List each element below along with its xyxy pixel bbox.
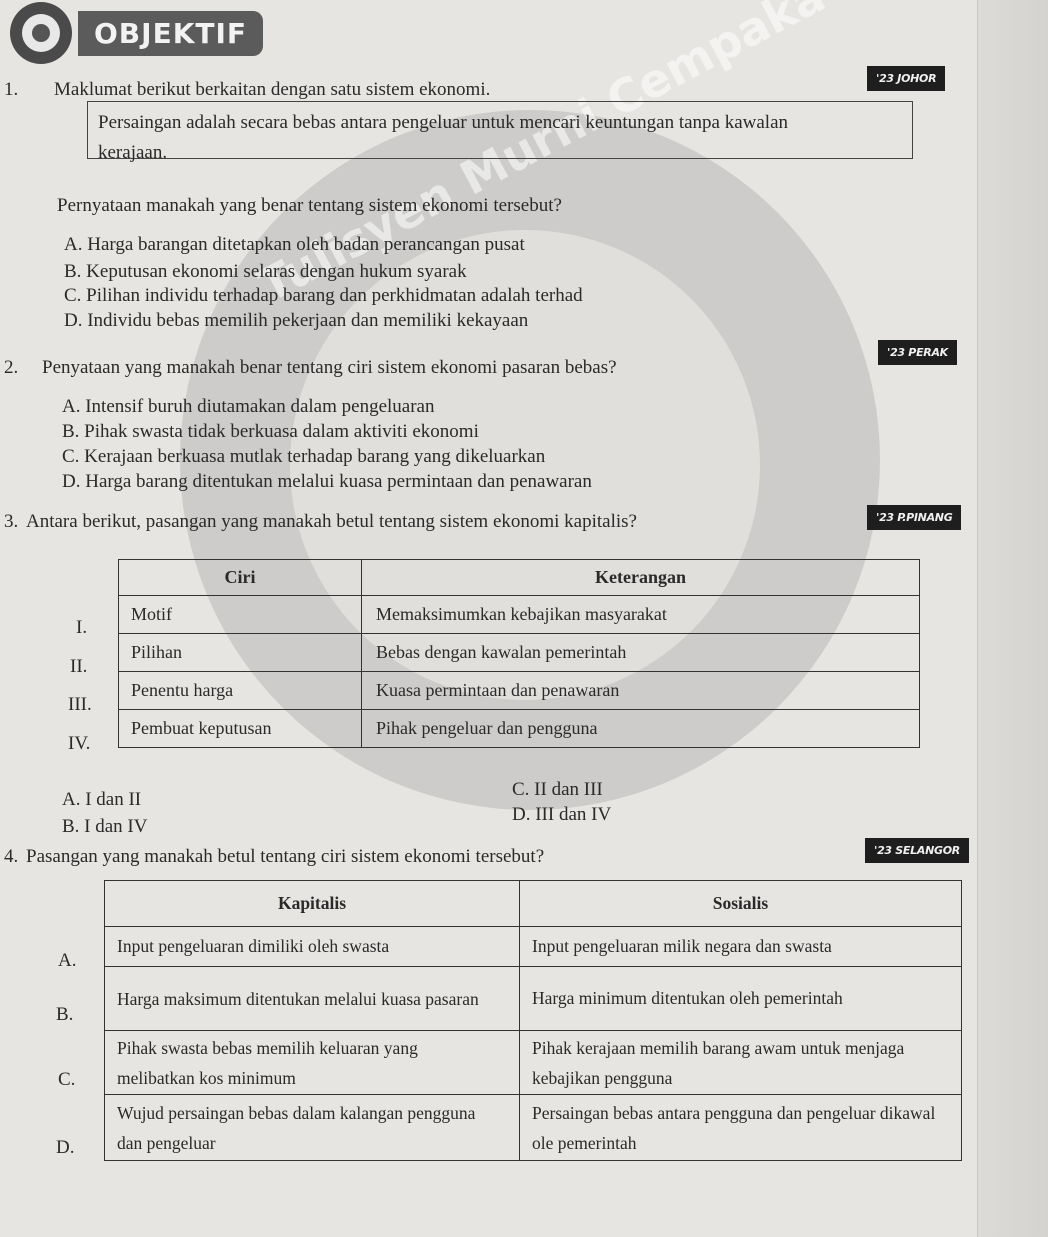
option-d[interactable]: D. III dan IV bbox=[512, 804, 611, 826]
cell-sosialis: Harga minimum ditentukan oleh pemerintah bbox=[520, 967, 962, 1031]
table-row: Penentu harga Kuasa permintaan dan penaw… bbox=[119, 672, 920, 710]
option-a[interactable]: A. Harga barangan ditetapkan oleh badan … bbox=[64, 234, 525, 256]
option-d[interactable]: D. Individu bebas memilih pekerjaan dan … bbox=[64, 310, 528, 332]
cell-keterangan: Bebas dengan kawalan pemerintah bbox=[362, 634, 920, 672]
cell-keterangan: Pihak pengeluar dan pengguna bbox=[362, 710, 920, 748]
question-stem: Antara berikut, pasangan yang manakah be… bbox=[26, 511, 637, 532]
table-row: Pihak swasta bebas memilih keluaran yang… bbox=[105, 1031, 962, 1095]
cell-kapitalis: Pihak swasta bebas memilih keluaran yang… bbox=[105, 1031, 520, 1095]
cell-ciri: Penentu harga bbox=[119, 672, 362, 710]
question-1: 1.Maklumat berikut berkaitan dengan satu… bbox=[4, 79, 490, 101]
q3-table: Ciri Keterangan Motif Memaksimumkan keba… bbox=[118, 559, 920, 748]
option-c[interactable]: C. II dan III bbox=[512, 779, 603, 801]
source-tag: '23 SELANGOR bbox=[865, 838, 969, 863]
paper-edge bbox=[977, 0, 1048, 1237]
table-header: Keterangan bbox=[362, 560, 920, 596]
cell-kapitalis: Wujud persaingan bebas dalam kalangan pe… bbox=[105, 1095, 520, 1161]
option-a[interactable]: A. I dan II bbox=[62, 789, 141, 811]
cell-sosialis: Pihak kerajaan memilih barang awam untuk… bbox=[520, 1031, 962, 1095]
question-stem: Pasangan yang manakah betul tentang ciri… bbox=[26, 846, 544, 867]
cell-sosialis: Input pengeluaran milik negara dan swast… bbox=[520, 927, 962, 967]
option-d[interactable]: D. Harga barang ditentukan melalui kuasa… bbox=[62, 471, 592, 493]
source-tag: '23 PERAK bbox=[878, 340, 957, 365]
table-header: Ciri bbox=[119, 560, 362, 596]
row-label: IV. bbox=[68, 733, 90, 755]
question-number: 3. bbox=[4, 511, 26, 533]
question-3: 3.Antara berikut, pasangan yang manakah … bbox=[4, 511, 637, 533]
question-stem: Penyataan yang manakah benar tentang cir… bbox=[42, 357, 617, 378]
ring-icon bbox=[10, 2, 72, 64]
option-b[interactable]: B. Keputusan ekonomi selaras dengan huku… bbox=[64, 261, 467, 283]
question-number: 4. bbox=[4, 846, 26, 868]
question-stem: Maklumat berikut berkaitan dengan satu s… bbox=[54, 79, 490, 100]
table-row: Input pengeluaran dimiliki oleh swasta I… bbox=[105, 927, 962, 967]
question-number: 1. bbox=[4, 79, 54, 101]
table-row: Harga maksimum ditentukan melalui kuasa … bbox=[105, 967, 962, 1031]
table-header: Sosialis bbox=[520, 881, 962, 927]
info-line: Persaingan adalah secara bebas antara pe… bbox=[98, 108, 912, 138]
section-header: OBJEKTIF bbox=[10, 2, 263, 64]
table-row: Motif Memaksimumkan kebajikan masyarakat bbox=[119, 596, 920, 634]
source-tag: '23 P.PINANG bbox=[867, 505, 961, 530]
cell-kapitalis: Input pengeluaran dimiliki oleh swasta bbox=[105, 927, 520, 967]
option-b[interactable]: B. I dan IV bbox=[62, 816, 147, 838]
question-4: 4.Pasangan yang manakah betul tentang ci… bbox=[4, 846, 544, 868]
q4-table: Kapitalis Sosialis Input pengeluaran dim… bbox=[104, 880, 962, 1161]
row-label: III. bbox=[68, 694, 92, 716]
cell-ciri: Motif bbox=[119, 596, 362, 634]
cell-ciri: Pilihan bbox=[119, 634, 362, 672]
option-a[interactable]: A. Intensif buruh diutamakan dalam penge… bbox=[62, 396, 435, 418]
question-number: 2. bbox=[4, 357, 42, 379]
option-c[interactable]: C. Pilihan individu terhadap barang dan … bbox=[64, 285, 583, 307]
cell-sosialis: Persaingan bebas antara pengguna dan pen… bbox=[520, 1095, 962, 1161]
cell-keterangan: Memaksimumkan kebajikan masyarakat bbox=[362, 596, 920, 634]
table-row: Wujud persaingan bebas dalam kalangan pe… bbox=[105, 1095, 962, 1161]
option-b[interactable]: B. Pihak swasta tidak berkuasa dalam akt… bbox=[62, 421, 479, 443]
question-prompt: Pernyataan manakah yang benar tentang si… bbox=[57, 195, 562, 217]
option-d[interactable]: D. bbox=[56, 1137, 74, 1159]
option-c[interactable]: C. bbox=[58, 1069, 75, 1091]
option-a[interactable]: A. bbox=[58, 950, 76, 972]
question-2: 2.Penyataan yang manakah benar tentang c… bbox=[4, 357, 617, 379]
cell-ciri: Pembuat keputusan bbox=[119, 710, 362, 748]
section-title: OBJEKTIF bbox=[78, 11, 263, 56]
option-b[interactable]: B. bbox=[56, 1004, 73, 1026]
table-row: Pembuat keputusan Pihak pengeluar dan pe… bbox=[119, 710, 920, 748]
cell-keterangan: Kuasa permintaan dan penawaran bbox=[362, 672, 920, 710]
source-tag: '23 JOHOR bbox=[867, 66, 945, 91]
table-header: Kapitalis bbox=[105, 881, 520, 927]
option-c[interactable]: C. Kerajaan berkuasa mutlak terhadap bar… bbox=[62, 446, 545, 468]
info-box: Persaingan adalah secara bebas antara pe… bbox=[87, 101, 913, 159]
cell-kapitalis: Harga maksimum ditentukan melalui kuasa … bbox=[105, 967, 520, 1031]
row-label: I. bbox=[76, 617, 87, 639]
info-line: kerajaan. bbox=[98, 138, 912, 168]
table-row: Pilihan Bebas dengan kawalan pemerintah bbox=[119, 634, 920, 672]
row-label: II. bbox=[70, 656, 87, 678]
